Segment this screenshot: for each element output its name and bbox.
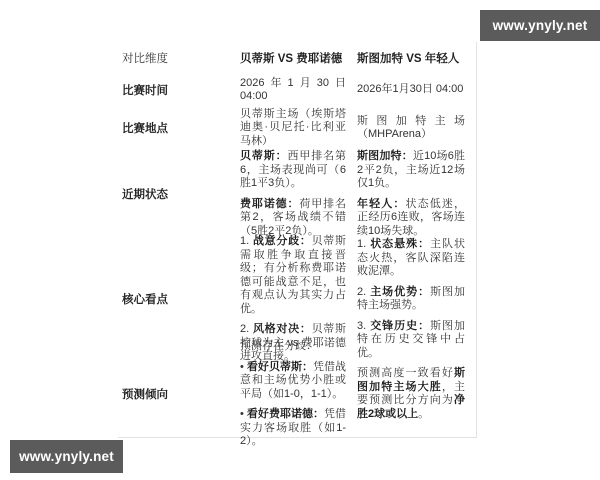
match-b-prediction-cell: 预测高度一致看好斯图加特主场大胜，主要预测比分方向为净胜2球或以上。 [357,340,476,449]
page: www.ynyly.net 对比维度 贝蒂斯 VS 费耶诺德 斯图加特 VS 年… [0,0,600,480]
row-label: 预测倾向 [118,340,240,449]
table-row-match-venue: 比赛地点 贝蒂斯主场（埃斯塔迪奥·贝尼托·比利亚马林） 斯图加特主场（MHPAr… [118,106,476,150]
header-dimension: 对比维度 [118,42,240,74]
row-label: 近期状态 [118,150,240,238]
watermark-bottom-left: www.ynyly.net [10,440,123,473]
watermark-text: www.ynyly.net [19,449,114,464]
match-b-form-cell: 斯图加特：近10场6胜2平2负，主场近12场仅1负。年轻人：状态低迷，正经历6连… [357,150,476,238]
table-row-prediction: 预测倾向 预测存在分歧：• 看好贝蒂斯：凭借战意和主场优势小胜或平局（如1-0，… [118,340,476,437]
row-label: 比赛地点 [118,106,240,150]
match-a-form-cell: 贝蒂斯：西甲排名第6，主场表现尚可（6胜1平3负）。费耶诺德：荷甲排名第2，客场… [240,150,357,238]
match-b-venue-cell: 斯图加特主场（MHPArena） [357,106,476,150]
table-row-match-time: 比赛时间 2026年1月30日 04:00 2026年1月30日 04:00 [118,74,476,106]
watermark-text: www.ynyly.net [493,18,588,33]
row-label: 比赛时间 [118,74,240,106]
header-match-b: 斯图加特 VS 年轻人 [357,42,476,74]
comparison-table: 对比维度 贝蒂斯 VS 费耶诺德 斯图加特 VS 年轻人 比赛时间 2026年1… [118,42,477,438]
table-row-recent-form: 近期状态 贝蒂斯：西甲排名第6，主场表现尚可（6胜1平3负）。费耶诺德：荷甲排名… [118,150,476,235]
table-row-key-points: 核心看点 1. 战意分歧：贝蒂斯需取胜争取直接晋级；有分析称费耶诺德可能战意不足… [118,235,476,340]
match-a-venue-cell: 贝蒂斯主场（埃斯塔迪奥·贝尼托·比利亚马林） [240,106,357,150]
watermark-top-right: www.ynyly.net [480,10,600,41]
header-match-a: 贝蒂斯 VS 费耶诺德 [240,42,357,74]
table-header-row: 对比维度 贝蒂斯 VS 费耶诺德 斯图加特 VS 年轻人 [118,42,476,74]
match-a-time-cell: 2026年1月30日 04:00 [240,74,357,106]
match-b-time-cell: 2026年1月30日 04:00 [357,74,476,106]
match-a-prediction-cell: 预测存在分歧：• 看好贝蒂斯：凭借战意和主场优势小胜或平局（如1-0，1-1）。… [240,340,357,449]
